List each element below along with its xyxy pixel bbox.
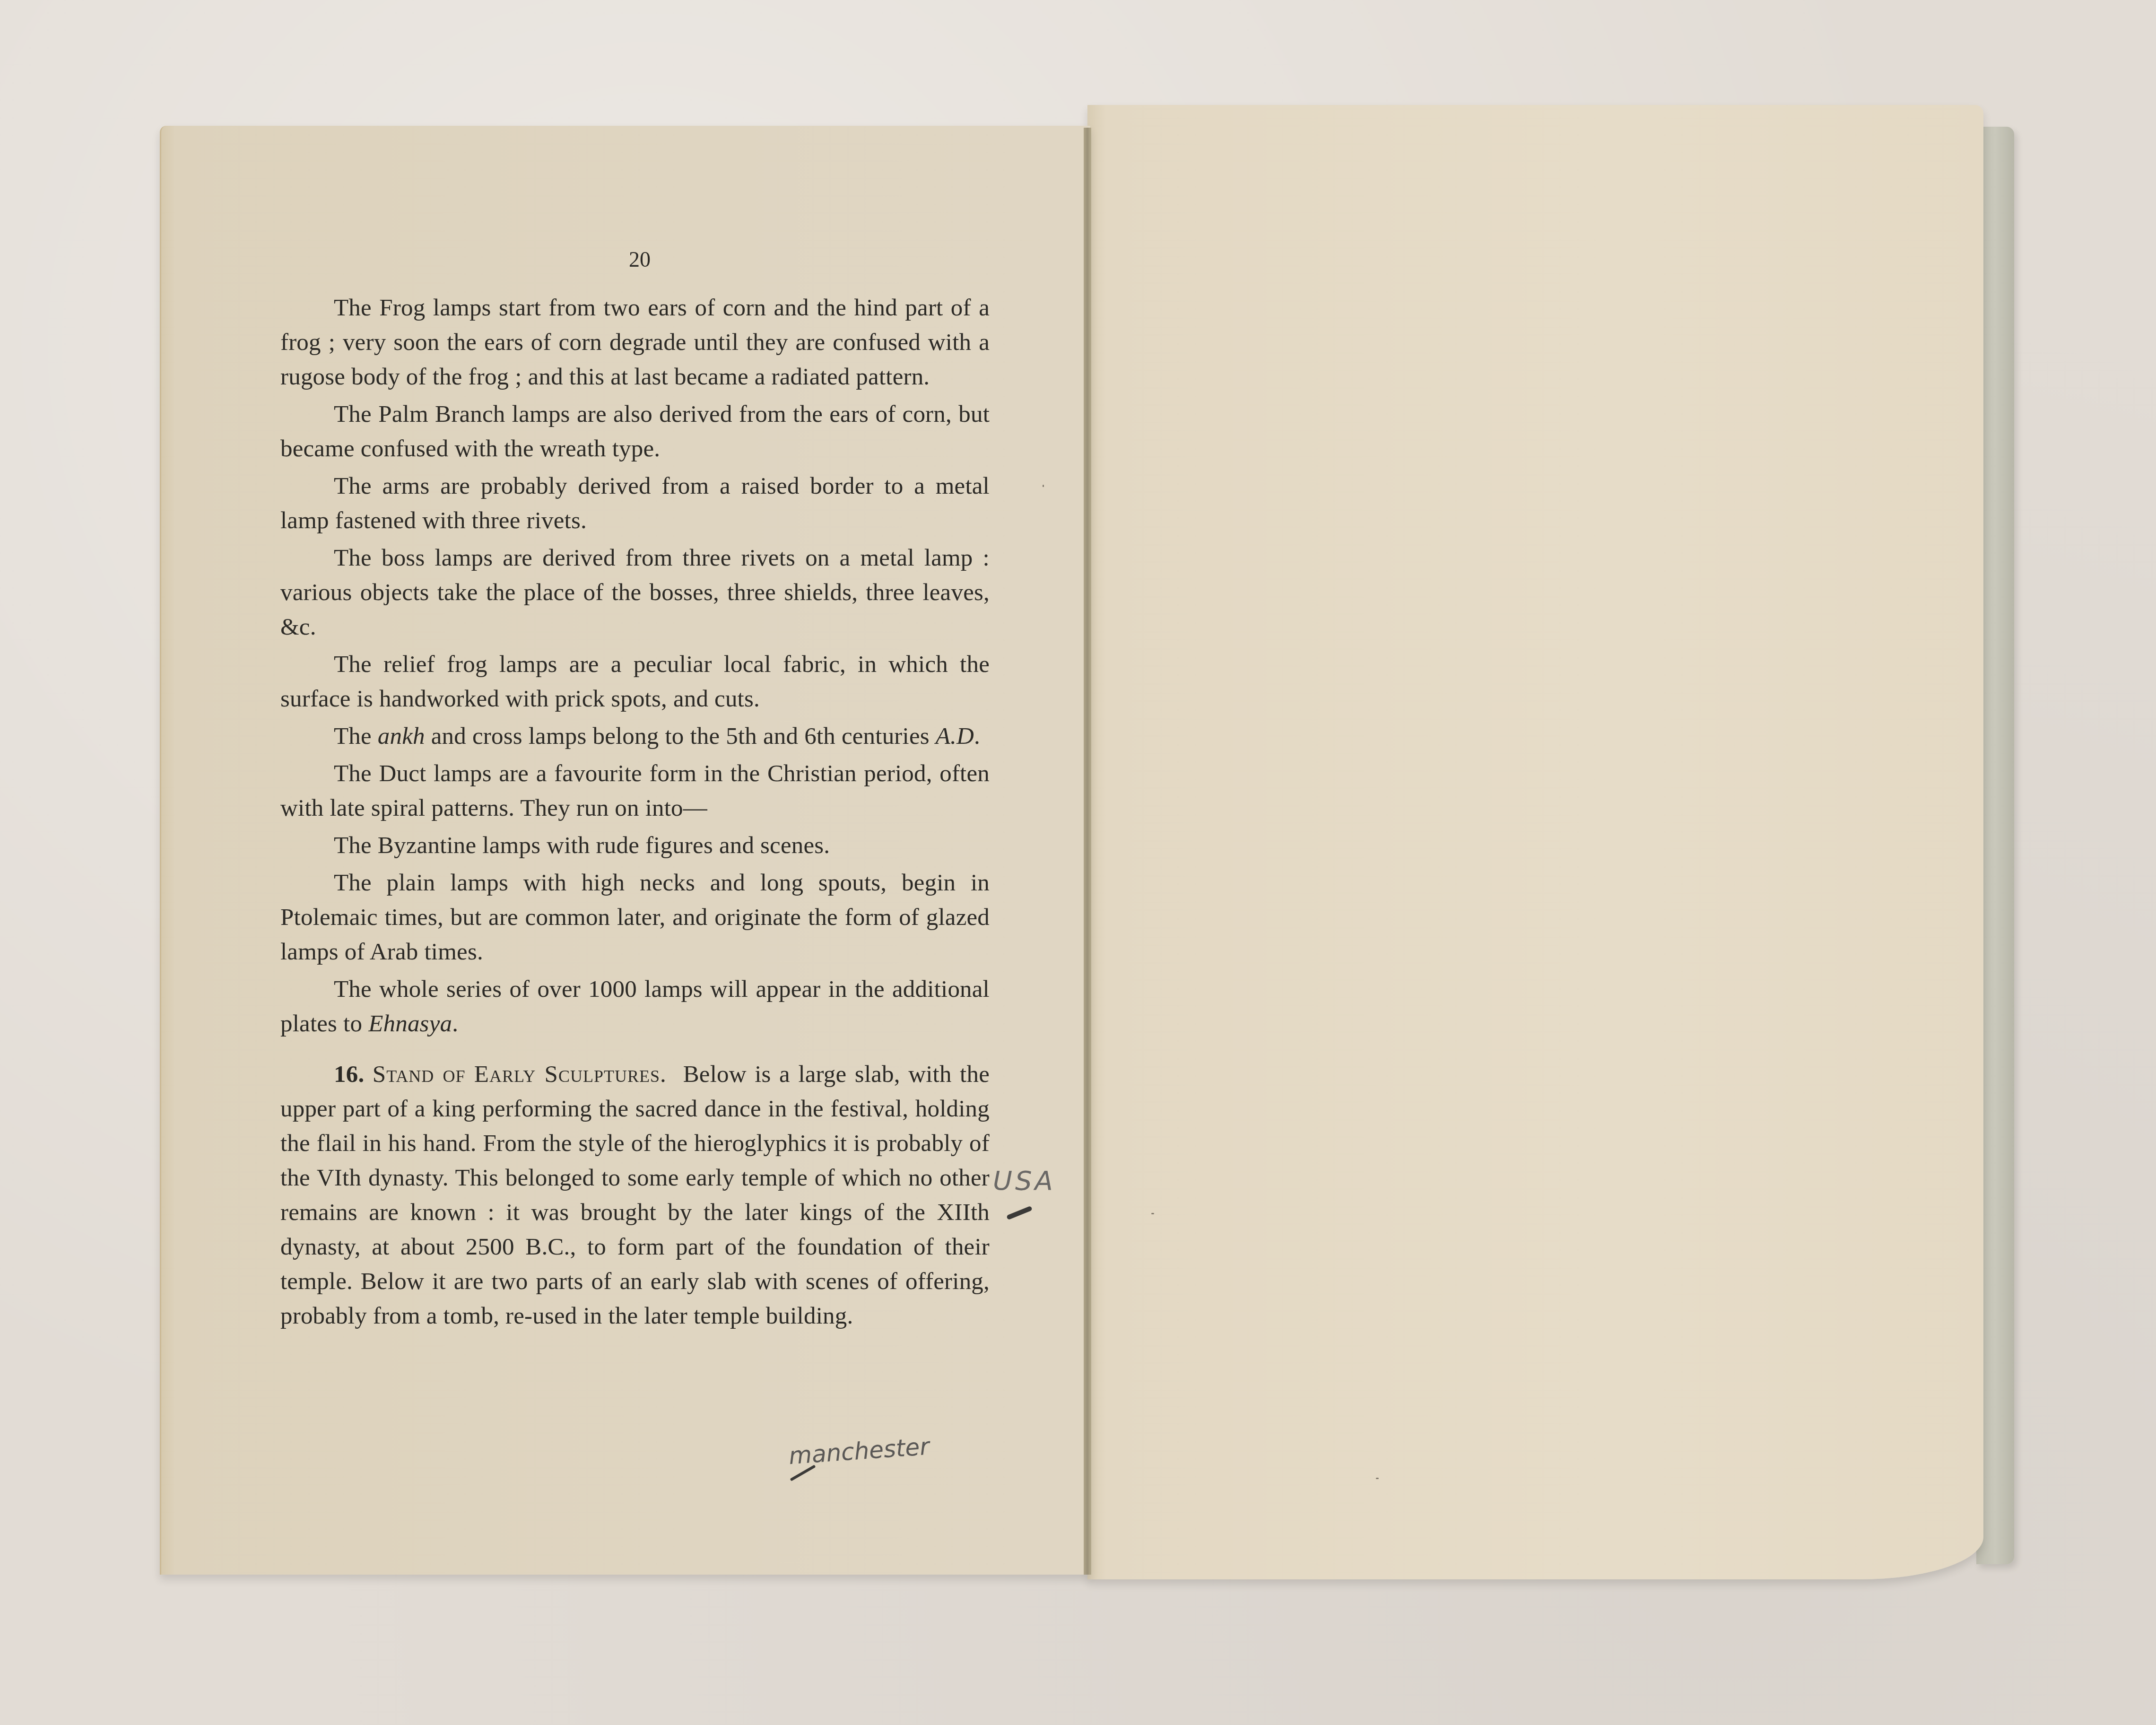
page-number: 20 (629, 247, 651, 272)
italic-term-ehnasya: Ehnasya (368, 1011, 452, 1037)
paper-speck (1376, 1478, 1379, 1479)
section-heading: Stand of Early Sculptures. (373, 1061, 667, 1088)
paragraph-duct-lamps: The Duct lamps are a favourite form in t… (280, 757, 990, 826)
text-run: . (974, 723, 980, 749)
paper-speck (1151, 1213, 1154, 1214)
paragraph-boss-lamps: The boss lamps are derived from three ri… (280, 541, 990, 645)
right-page (1087, 105, 1983, 1579)
text-run: . (452, 1011, 458, 1037)
section-number: 16. (334, 1061, 364, 1088)
text-run: and cross lamps belong to the 5th and 6t… (425, 723, 936, 749)
paper-speck (1043, 485, 1044, 487)
paragraph-arms: The arms are probably derived from a rai… (280, 469, 990, 538)
page-body: The Frog lamps start from two ears of co… (280, 291, 990, 1333)
paragraph-ankh-cross-lamps: The ankh and cross lamps belong to the 5… (280, 719, 990, 754)
book-gutter (1084, 128, 1091, 1575)
paragraph-relief-frog-lamps: The relief frog lamps are a peculiar loc… (280, 647, 990, 716)
paragraph-byzantine-lamps: The Byzantine lamps with rude figures an… (280, 828, 990, 863)
section-text: Below is a large slab, with the upper pa… (280, 1061, 990, 1329)
section-16-early-sculptures: 16. Stand of Early Sculptures. Below is … (280, 1057, 990, 1333)
paragraph-whole-series: The whole series of over 1000 lamps will… (280, 972, 990, 1041)
paragraph-plain-lamps: The plain lamps with high necks and long… (280, 866, 990, 969)
paragraph-frog-lamps: The Frog lamps start from two ears of co… (280, 291, 990, 394)
handwritten-margin-note: USA (993, 1166, 1056, 1196)
italic-term-ad: A.D (936, 723, 974, 749)
italic-term-ankh: ankh (378, 723, 425, 749)
text-run: The (334, 723, 378, 749)
paragraph-palm-branch-lamps: The Palm Branch lamps are also derived f… (280, 397, 990, 466)
